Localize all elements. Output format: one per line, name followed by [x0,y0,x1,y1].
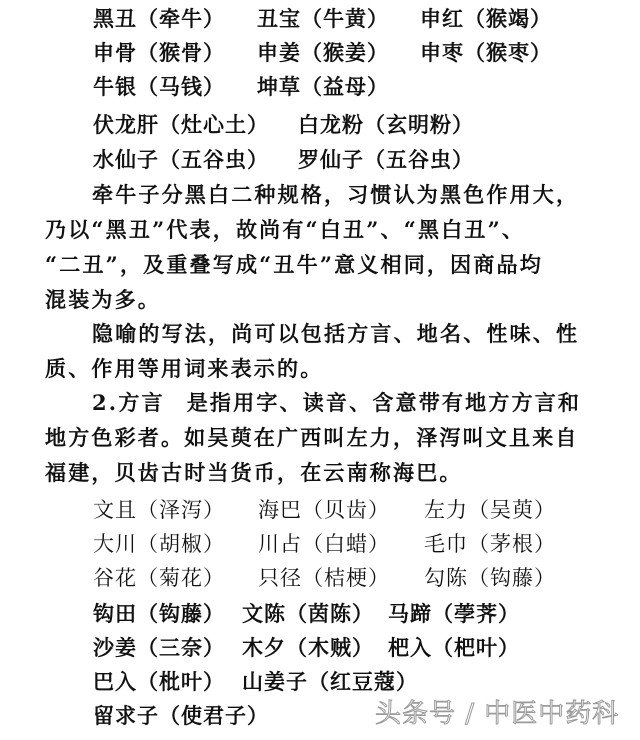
synonym-row: 大川（胡椒） 川占（白蜡） 毛巾（茅根） [0,527,640,561]
synonym-row: 谷花（菊花） 只径（桔梗） 勾陈（钩藤） [0,561,640,595]
paragraph-line: 混装为多。 [45,283,600,317]
synonym-entry: 山姜子（红豆蔻） [242,665,418,699]
synonym-entry: 毛巾（茅根） [424,527,556,561]
watermark-text: 头条号 / 中医中药科 [375,697,619,731]
synonym-entry: 钩田（钩藤） [93,597,225,631]
synonym-row: 文且（泽泻） 海巴（贝齿） 左力（吴萸） [0,493,640,527]
synonym-row: 巴入（枇叶） 山姜子（红豆蔻） [0,665,640,699]
synonym-row: 黑丑（牵牛） 丑宝（牛黄） 申红（猴竭） [0,2,640,36]
paragraph-line: 质、作用等用词来表示的。 [45,352,600,386]
synonym-entry: 杷入（杷叶） [388,631,520,665]
paragraph-line: 牵牛子分黑白二种规格，习惯认为黑色作用大， [92,178,640,212]
synonym-entry: 伏龙肝（灶心土） [93,108,269,142]
synonym-row: 钩田（钩藤） 文陈（茵陈） 马蹄（荸荠） [0,597,640,631]
paragraph-line: “二丑”，及重叠写成“丑牛”意义相同，因商品均 [45,248,600,282]
synonym-row: 申骨（猴骨） 申姜（猴姜） 申枣（猴枣） [0,36,640,70]
synonym-row: 沙姜（三奈） 木夕（木贼） 杷入（杷叶） [0,631,640,665]
synonym-row: 牛银（马钱） 坤草（益母） [0,70,640,104]
synonym-entry: 川占（白蜡） [258,527,390,561]
synonym-entry: 坤草（益母） [257,70,389,104]
synonym-entry: 留求子（使君子） [93,699,269,733]
synonym-entry: 木夕（木贼） [242,631,374,665]
synonym-entry: 左力（吴萸） [424,493,556,527]
synonym-entry: 申枣（猴枣） [420,36,552,70]
synonym-entry: 申红（猴竭） [420,2,552,36]
synonym-entry: 沙姜（三奈） [93,631,225,665]
synonym-entry: 丑宝（牛黄） [257,2,389,36]
synonym-entry: 牛银（马钱） [93,70,225,104]
synonym-entry: 罗仙子（五谷虫） [298,143,474,177]
synonym-entry: 勾陈（钩藤） [424,561,556,595]
synonym-entry: 马蹄（荸荠） [388,597,520,631]
synonym-entry: 白龙粉（玄明粉） [298,108,474,142]
synonym-entry: 水仙子（五谷虫） [93,143,269,177]
section-heading: 2.方言 [92,390,165,415]
scanned-book-page: 黑丑（牵牛） 丑宝（牛黄） 申红（猴竭） 申骨（猴骨） 申姜（猴姜） 申枣（猴枣… [0,0,640,740]
paragraph-line: 乃以“黑丑”代表，故尚有“白丑”、“黑白丑”、 [45,213,600,247]
section-line: 福建，贝齿古时当货币，在云南称海巴。 [45,456,600,490]
synonym-entry: 大川（胡椒） [93,527,225,561]
section-line: 地方色彩者。如吴萸在广西叫左力，泽泻叫文且来自 [45,421,600,455]
synonym-row: 水仙子（五谷虫） 罗仙子（五谷虫） [0,143,640,177]
section-line: 2.方言是指用字、读音、含意带有地方方言和 [92,386,640,420]
synonym-entry: 谷花（菊花） [93,561,225,595]
synonym-entry: 申姜（猴姜） [257,36,389,70]
synonym-entry: 海巴（贝齿） [258,493,390,527]
synonym-entry: 申骨（猴骨） [93,36,225,70]
section-text: 是指用字、读音、含意带有地方方言和 [187,390,581,415]
synonym-row: 伏龙肝（灶心土） 白龙粉（玄明粉） [0,108,640,142]
synonym-entry: 巴入（枇叶） [93,665,225,699]
synonym-entry: 文且（泽泻） [93,493,225,527]
synonym-entry: 只径（桔梗） [258,561,390,595]
paragraph-line: 隐喻的写法，尚可以包括方言、地名、性味、性 [92,317,640,351]
synonym-entry: 黑丑（牵牛） [93,2,225,36]
synonym-entry: 文陈（茵陈） [242,597,374,631]
